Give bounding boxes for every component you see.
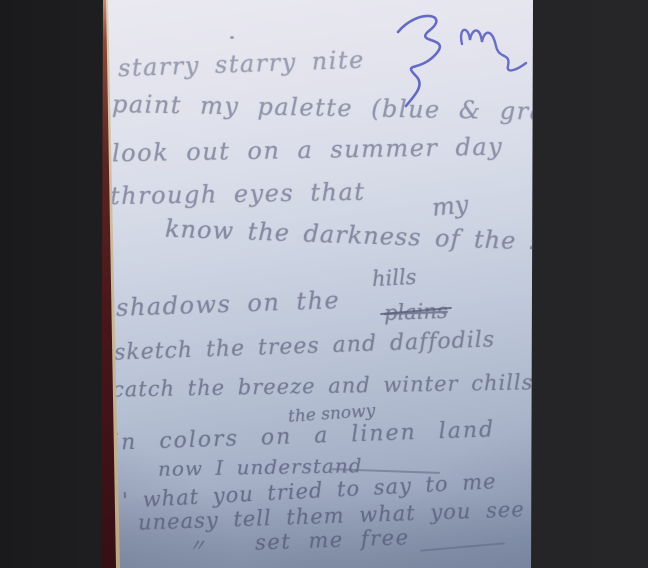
- handwriting-line: starry starry nite: [118, 46, 366, 83]
- handwriting-insertion: hills: [371, 265, 417, 291]
- handwriting-line: set me free: [255, 525, 410, 554]
- handwriting-line: now I understand: [158, 453, 363, 481]
- handwriting-line: know the darkness of the soul: [165, 215, 585, 258]
- pencil-dot: [230, 36, 234, 39]
- ditto-mark: 〃: [188, 532, 206, 558]
- handwriting-line: sketch the trees and daffodils: [114, 327, 496, 365]
- handwriting-line: catch the breeze and winter chills: [112, 370, 534, 401]
- handwriting-line: look out on a summer day: [112, 133, 504, 168]
- photo-frame: starry starry nite paint my palette (blu…: [0, 0, 648, 568]
- handwriting-line: shadows on the: [116, 286, 341, 322]
- paper: starry starry nite paint my palette (blu…: [0, 0, 648, 568]
- handwriting-insertion: my: [431, 190, 470, 222]
- handwriting-line: through eyes that: [110, 178, 366, 210]
- pen-flourish: [420, 542, 505, 551]
